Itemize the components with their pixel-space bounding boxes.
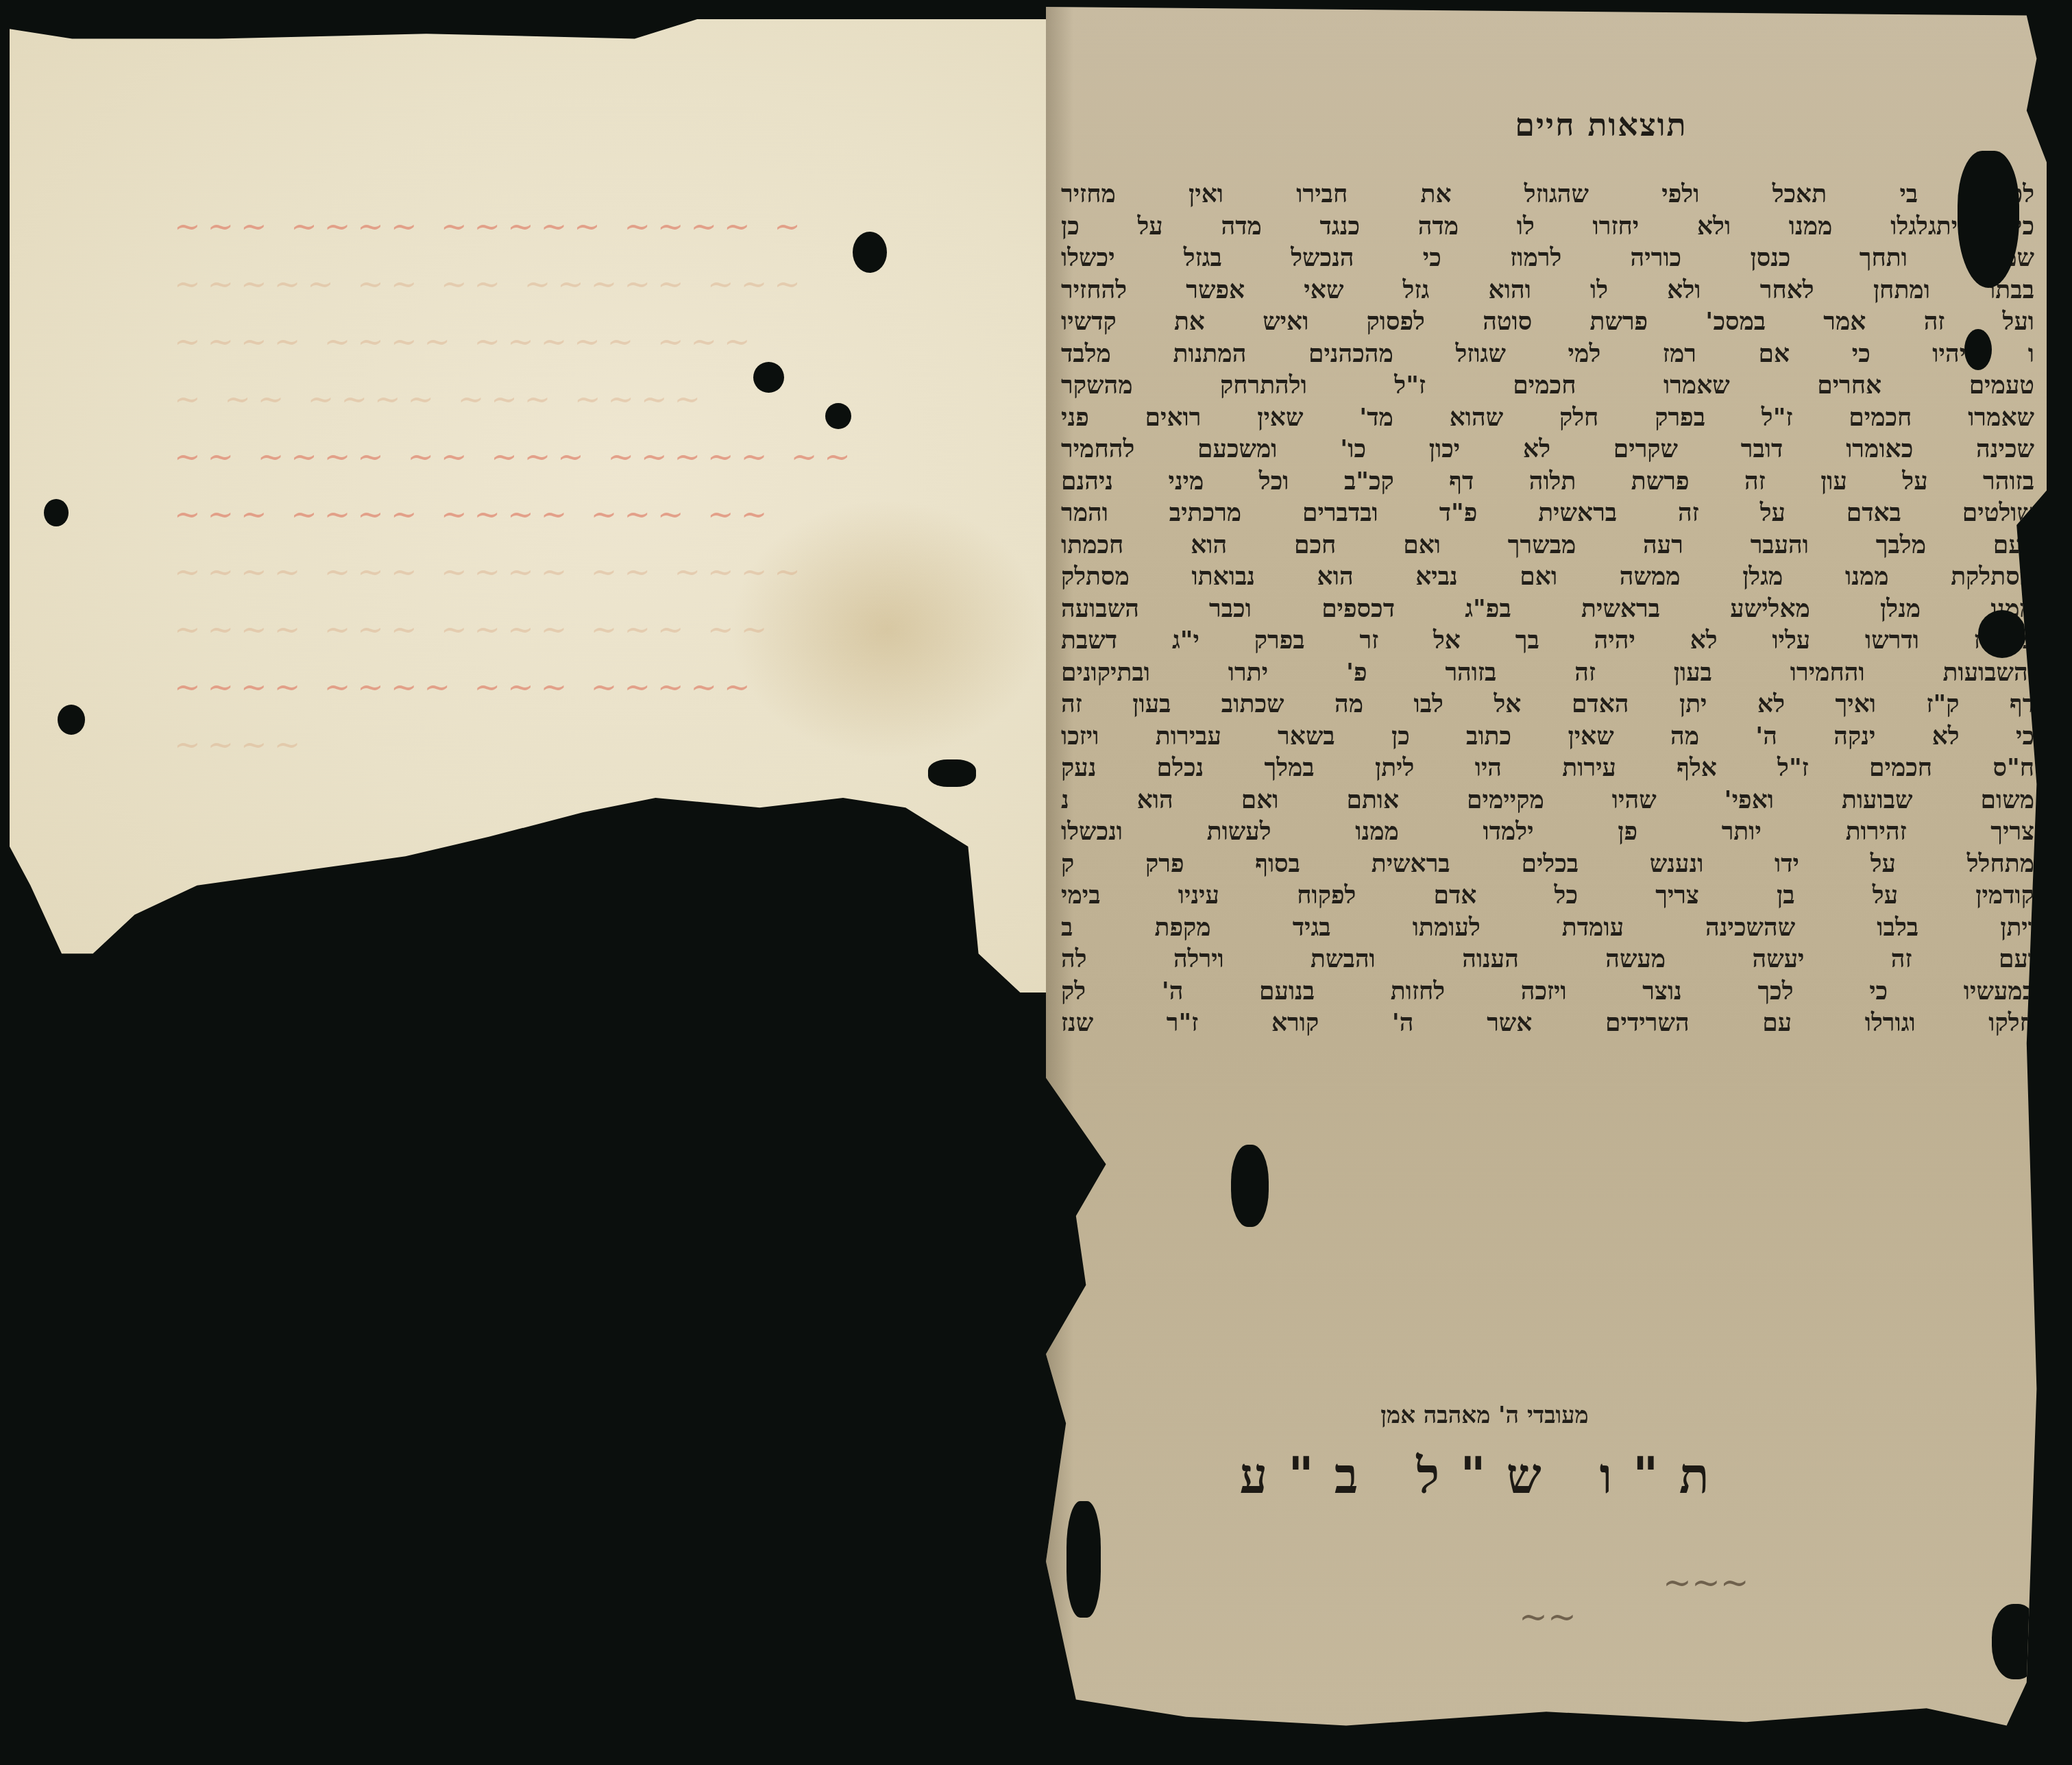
printed-line: ועם זה יעשה מעשה הענוה והבשת וירלה לה [1061,943,2034,975]
handwritten-ownership-mark: ~~~ [1663,1563,1749,1603]
handwritten-line: ~~~~ [174,716,928,773]
right-leaf-printed-page: תוצאות חיים לפיך בי תאכל ולפי שהגוזל את … [1046,7,2047,1734]
printed-line: קודמין על בן צריך כל אדם לפקוח עיניו בימ… [1061,879,2034,912]
printed-line: מתחלל על ידו ונענש בכלים בראשית בסוף פרק… [1061,848,2034,880]
printed-line: כי לא ינקה ה' מה שאין כתוב כן בשאר עבירו… [1061,720,2034,753]
printed-line: שכינה כאומרו דובר שקרים לא יכון כו' ומשכ… [1061,433,2034,465]
printed-line: בטע"ז ודרשו עליו לא יהיה בך אל זר בפרק י… [1061,624,2034,657]
paper-hole [1964,329,1992,370]
printed-line: ממנו מנלן מאלישע בראשית בפ"ג דכספים וכבר… [1061,593,2034,625]
colophon: מעובדי ה' מאהבה אמן [1293,1402,1677,1429]
printed-line: בעם מלבך והעבר רעה מבשרך ואם חכם הוא חכמ… [1061,529,2034,561]
handwritten-text-block: ~~~ ~~~~ ~~~~~ ~~~~ ~ ~~~~~ ~~ ~~ ~~~~~ … [174,197,928,773]
left-leaf-handwritten-page: ~~~ ~~~~ ~~~~~ ~~~~ ~ ~~~~~ ~~ ~~ ~~~~~ … [10,19,1051,993]
printed-line: ח"ס חכמים ז"ל אלף עירות היו ליתן במלך נכ… [1061,752,2034,784]
handwritten-line: ~~~~ ~~~ ~~~~ ~~ ~~~~ [174,543,928,600]
paper-hole [853,232,887,273]
printed-line: כי יתגלגלו ממנו ולא יחזרו לו מדה כנגד מד… [1061,210,2034,243]
printed-line: בזוהר על עון זה פרשת תלוה דף קכ"ב וכל מי… [1061,465,2034,498]
printed-line: בבתו ומתחן לאחר ולא לו והוא גזל שאי אפשר… [1061,274,2034,306]
paper-hole [1958,151,2019,288]
handwritten-line: ~~~~ ~~~~ ~~~~~ ~~~ [174,313,928,370]
paper-hole [44,499,69,526]
paper-hole [1978,610,2026,658]
printed-line: דף ק"ז ואיך לא יתן האדם אל לבו מה שכתוב … [1061,688,2034,720]
printed-line: חלקו וגורלו עם השרידים אשר ה' קורא ז"ר ש… [1061,1007,2034,1039]
handwritten-line: ~~~ ~~~~ ~~~~ ~~~ ~~ [174,485,928,543]
scanned-document: ~~~ ~~~~ ~~~~~ ~~~~ ~ ~~~~~ ~~ ~~ ~~~~~ … [0,0,2072,1765]
running-head: תוצאות חיים [1430,106,1772,143]
paper-hole [1067,1501,1101,1618]
handwritten-line: ~~ ~~~~ ~~ ~~~ ~~~~~ ~~ [174,428,928,485]
printed-line: ועל זה אמר במסכ' פרשת סוטה לפסוק ואיש את… [1061,306,2034,338]
printed-line: ו יהיו כי אם רמז למי שגוזל מהכהנים המתנו… [1061,338,2034,370]
printed-line: צריך זהירות יותר פן ילמדו ממנו לעשות ונכ… [1061,816,2034,848]
printed-line: שמדה ותחך כנסן כוריה לרמוז כי הנכשל בגזל… [1061,242,2034,274]
handwritten-ownership-mark: ~~ [1519,1597,1576,1637]
handwritten-line: ~~~ ~~~~ ~~~~~ ~~~~ ~ [174,197,928,255]
paper-hole [1992,1604,2040,1679]
date-line: ת"ו ש"ל ב"ע [1231,1446,1738,1505]
printed-line: והשבועות והחמירו בעון זה בזוהר פ' יתרו ו… [1061,657,2034,689]
handwritten-line: ~~~~~ ~~ ~~ ~~~~~ ~~~ [174,255,928,313]
printed-text-block: לפיך בי תאכל ולפי שהגוזל את חבירו ואין מ… [1061,178,2034,1039]
handwritten-line: ~ ~~ ~~~~ ~~~ ~~~~ [174,370,928,428]
paper-hole [58,705,85,735]
paper-hole [928,759,976,787]
printed-line: במעשיו כי לכך נוצר ויזכה לחזות בנועם ה' … [1061,975,2034,1008]
printed-line: טעמים אחרים שאמרו חכמים ז"ל ולהתרחק מהשק… [1061,369,2034,402]
printed-line: ויתן בלבו שהשכינה עומדת לעומתו בגיד מקפת… [1061,912,2034,944]
printed-line: שאמרו חכמים ז"ל בפרק חלק שהוא מד' שאין ר… [1061,402,2034,434]
paper-hole [825,403,851,429]
paper-hole [2033,720,2047,747]
printed-line: שולטים באדם על זה בראשית פ"ד ובדברים מרכ… [1061,497,2034,529]
paper-hole [1231,1145,1269,1227]
printed-line: מסתלקת ממנו מגלן ממשה ואם נביא הוא נבואת… [1061,561,2034,593]
handwritten-line: ~~~~ ~~~~ ~~~ ~~~~~ [174,658,928,716]
paper-hole [753,362,784,393]
handwritten-line: ~~~~ ~~~ ~~~~ ~~~ ~~ [174,600,928,658]
printed-line: לפיך בי תאכל ולפי שהגוזל את חבירו ואין מ… [1061,178,2034,210]
printed-line: משום שבועות ואפי' שהיו מקיימים אותם ואם … [1061,784,2034,816]
